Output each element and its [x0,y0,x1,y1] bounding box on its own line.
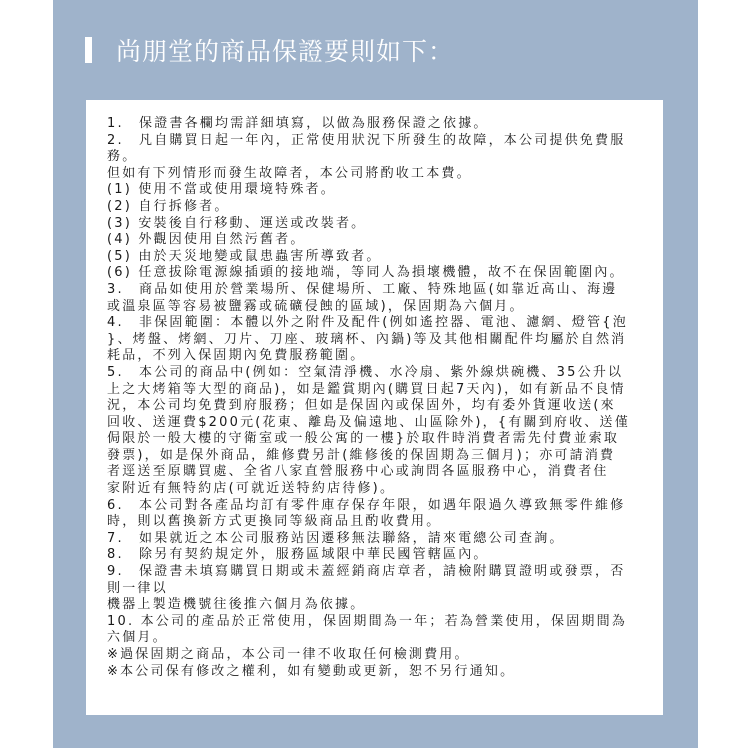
title-row: 尚朋堂的商品保證要則如下： [85,30,454,70]
terms-line: 4. 非保固範圍：本體以外之附件及配件(例如遙控器、電池、濾網、燈管{泡 [107,315,647,332]
terms-line: 發票)，如是保外商品，維修費另計(維修後的保固期為三個月)；亦可請消費 [107,448,647,465]
terms-line: (4) 外觀因使用自然污舊者。 [107,232,647,249]
warranty-terms-text: 1. 保證書各欄均需詳細填寫，以做為服務保證之依據。 2. 凡自購買日起一年內，… [107,116,647,680]
warranty-panel: 尚朋堂的商品保證要則如下： 1. 保證書各欄均需詳細填寫，以做為服務保證之依據。… [53,0,698,748]
page-title: 尚朋堂的商品保證要則如下： [116,32,454,68]
terms-line: 六個月。 [107,630,647,647]
terms-line: 家附近有無特約店(可就近送特約店待修)。 [107,481,647,498]
terms-line: 3. 商品如使用於營業場所、保健場所、工廠、特殊地區(如靠近高山、海邊 [107,282,647,299]
terms-line: (2) 自行拆修者。 [107,199,647,216]
terms-line: 務。 [107,149,647,166]
terms-line: (5) 由於天災地變或鼠患蟲害所導致者。 [107,249,647,266]
terms-line: 或溫泉區等容易被鹽霧或硫礦侵蝕的區域)，保固期為六個月。 [107,299,647,316]
terms-line: 者逕送至原購買處、全省八家直營服務中心或詢問各區服務中心，消費者住 [107,464,647,481]
title-accent-bar [85,37,92,63]
terms-line: 8. 除另有契約規定外，服務區域限中華民國管轄區內。 [107,547,647,564]
terms-line: ※本公司保有修改之權利，如有變動或更新，恕不另行通知。 [107,664,647,681]
terms-line: 7. 如果就近之本公司服務站因遷移無法聯絡，請來電總公司查詢。 [107,531,647,548]
terms-line: 但如有下列情形而發生故障者，本公司將酌收工本費。 [107,166,647,183]
terms-line: 1. 保證書各欄均需詳細填寫，以做為服務保證之依據。 [107,116,647,133]
terms-line: ※過保固期之商品，本公司一律不收取任何檢測費用。 [107,647,647,664]
terms-line: 5. 本公司的商品中(例如：空氣清淨機、水冷扇、紫外線烘碗機、35公升以 [107,365,647,382]
terms-line: 則一律以 [107,581,647,598]
terms-line: 侷限於一般大樓的守衛室或一般公寓的一樓}於取件時消費者需先付費並索取 [107,431,647,448]
warranty-terms-card: 1. 保證書各欄均需詳細填寫，以做為服務保證之依據。 2. 凡自購買日起一年內，… [86,100,663,715]
terms-line: }、烤盤、烤網、刀片、刀座、玻璃杯、內鍋)等及其他相關配件均屬於自然消 [107,332,647,349]
terms-line: 10. 本公司的產品於正常使用，保固期間為一年；若為營業使用，保固期間為 [107,614,647,631]
terms-line: (6) 任意拔除電源線插頭的接地端，等同人為損壞機體，故不在保固範圍內。 [107,265,647,282]
terms-line: (3) 安裝後自行移動、運送或改裝者。 [107,216,647,233]
terms-line: 機器上製造機號往後推六個月為依據。 [107,597,647,614]
terms-line: 上之大烤箱等大型的商品)，如是鑑賞期內(購買日起7天內)，如有新品不良情 [107,382,647,399]
terms-line: 9. 保證書未填寫購買日期或未蓋經銷商店章者，請檢附購買證明或發票，否 [107,564,647,581]
terms-line: 況，本公司均免費到府服務；但如是保固內或保固外，均有委外貨運收送(來 [107,398,647,415]
terms-line: 6. 本公司對各產品均訂有零件庫存保存年限，如遇年限過久導致無零件維修 [107,498,647,515]
terms-line: 耗品，不列入保固期內免費服務範圍。 [107,348,647,365]
terms-line: (1) 使用不當或使用環境特殊者。 [107,182,647,199]
terms-line: 回收、送運費$200元(花東、離島及偏遠地、山區除外)，{有關到府收、送僅 [107,415,647,432]
terms-line: 時，則以舊換新方式更換同等級商品且酌收費用。 [107,514,647,531]
terms-line: 2. 凡自購買日起一年內，正常使用狀況下所發生的故障，本公司提供免費服 [107,133,647,150]
